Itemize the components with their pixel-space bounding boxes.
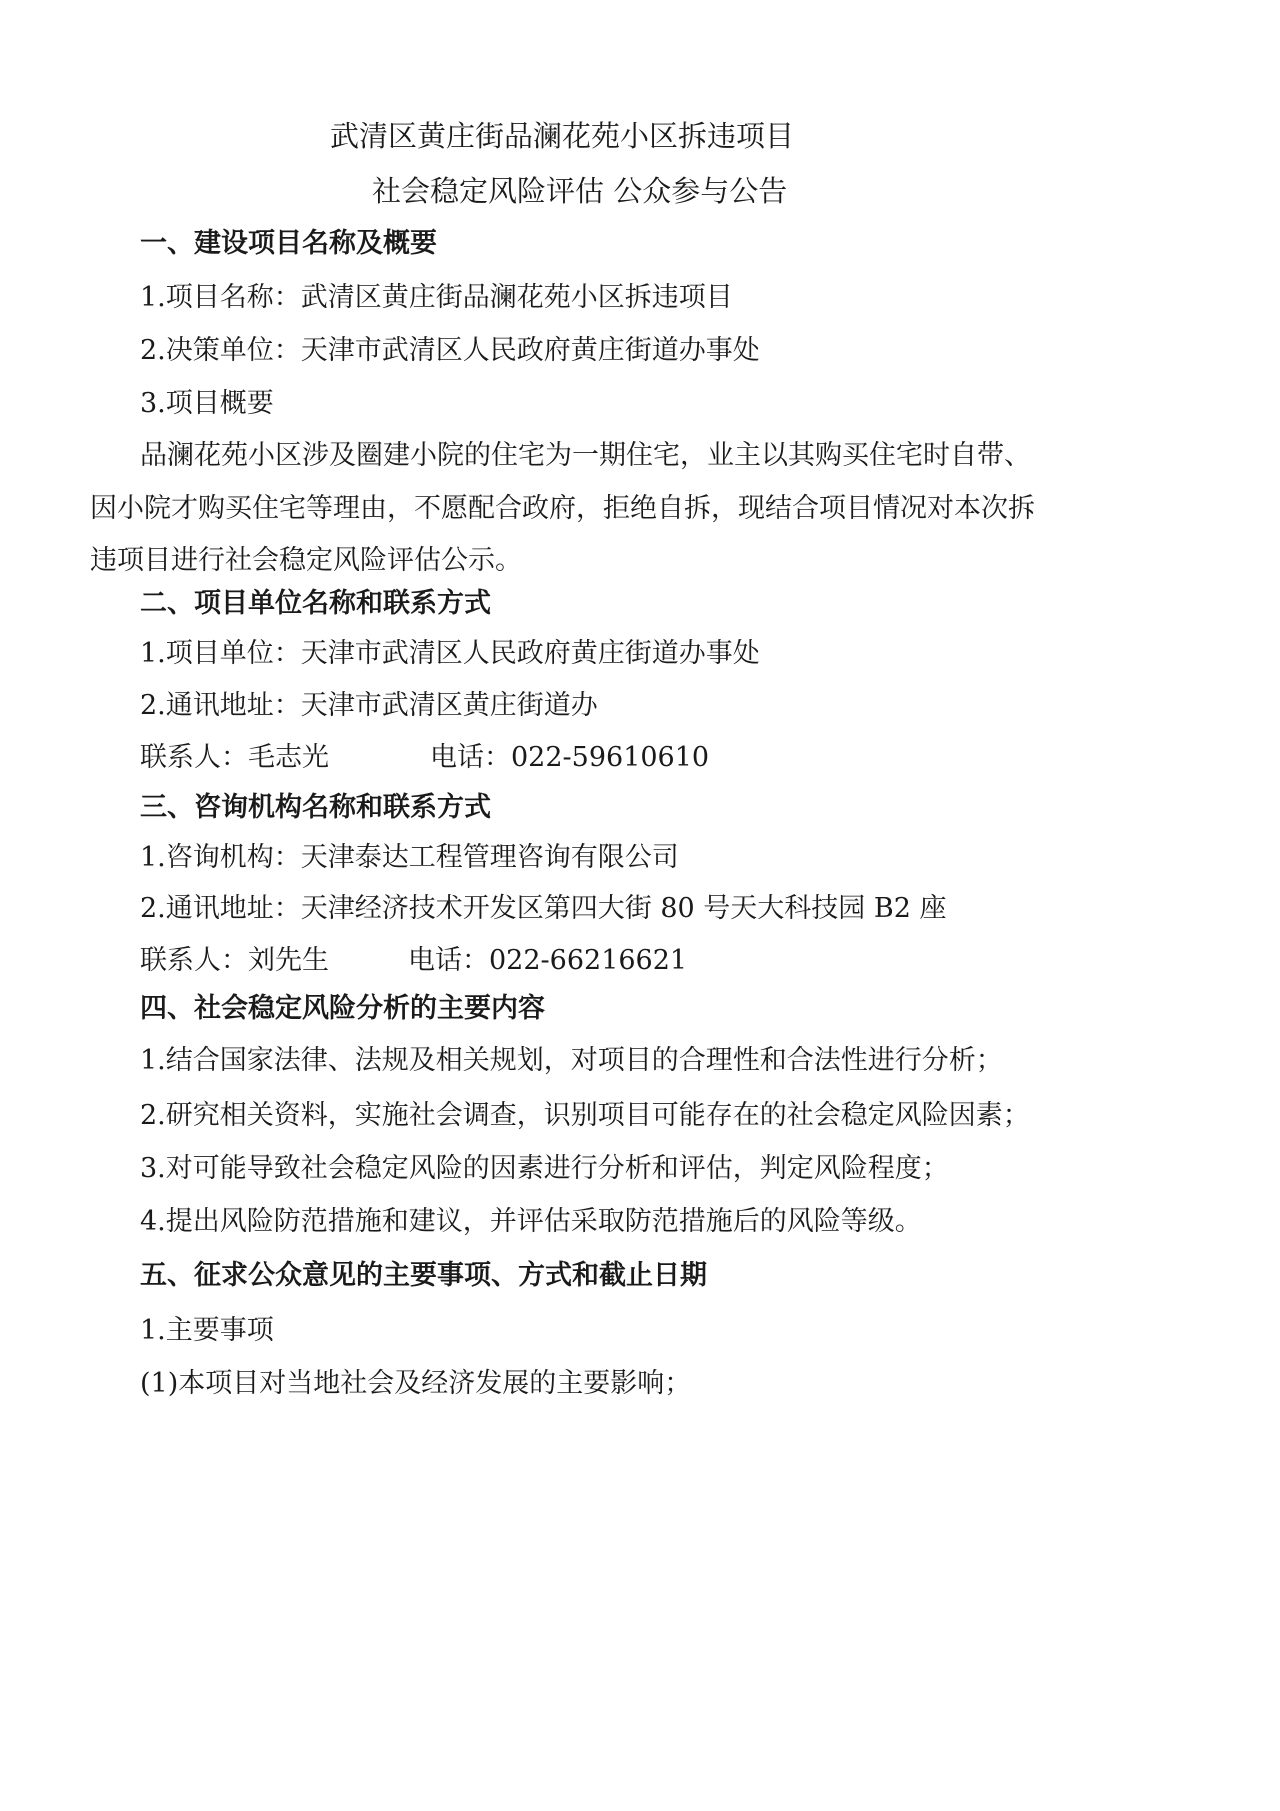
- main-matters-sub-1: (1)本项目对当地社会及经济发展的主要影响；: [140, 1368, 691, 1400]
- project-name: 1.项目名称：武清区黄庄街品澜花苑小区拆违项目: [140, 282, 733, 314]
- project-unit-address: 2.通讯地址：天津市武清区黄庄街道办: [140, 690, 598, 722]
- overview-paragraph-line1: 品澜花苑小区涉及圈建小院的住宅为一期住宅，业主以其购买住宅时自带、: [140, 440, 1031, 472]
- section-5-heading: 五、征求公众意见的主要事项、方式和截止日期: [140, 1260, 707, 1292]
- project-unit: 1.项目单位：天津市武清区人民政府黄庄街道办事处: [140, 638, 760, 670]
- consulting-agency-address: 2.通讯地址：天津经济技术开发区第四大街 80 号天大科技园 B2 座: [140, 893, 946, 925]
- analysis-item-1: 1.结合国家法律、法规及相关规划，对项目的合理性和合法性进行分析；: [140, 1045, 1003, 1077]
- project-overview-label: 3.项目概要: [140, 388, 274, 420]
- section-2-heading: 二、项目单位名称和联系方式: [140, 588, 491, 620]
- overview-paragraph-line2: 因小院才购买住宅等理由，不愿配合政府，拒绝自拆，现结合项目情况对本次拆: [90, 493, 1035, 525]
- document-title-line1: 武清区黄庄街品澜花苑小区拆违项目: [330, 120, 794, 152]
- consulting-agency: 1.咨询机构：天津泰达工程管理咨询有限公司: [140, 842, 679, 874]
- project-unit-phone: 电话：022-59610610: [430, 742, 709, 774]
- document-title-line2: 社会稳定风险评估 公众参与公告: [372, 175, 787, 207]
- analysis-item-3: 3.对可能导致社会稳定风险的因素进行分析和评估，判定风险程度；: [140, 1153, 949, 1185]
- analysis-item-4: 4.提出风险防范措施和建议，并评估采取防范措施后的风险等级。: [140, 1206, 922, 1238]
- consulting-agency-contact: 联系人：刘先生: [140, 945, 329, 977]
- consulting-agency-phone: 电话：022-66216621: [408, 945, 687, 977]
- analysis-item-2: 2.研究相关资料，实施社会调查，识别项目可能存在的社会稳定风险因素；: [140, 1100, 1030, 1132]
- main-matters-label: 1.主要事项: [140, 1315, 274, 1347]
- section-4-heading: 四、社会稳定风险分析的主要内容: [140, 993, 545, 1025]
- section-1-heading: 一、建设项目名称及概要: [140, 228, 437, 260]
- project-unit-contact: 联系人：毛志光: [140, 742, 329, 774]
- decision-unit: 2.决策单位：天津市武清区人民政府黄庄街道办事处: [140, 335, 760, 367]
- overview-paragraph-line3: 违项目进行社会稳定风险评估公示。: [90, 545, 522, 577]
- section-3-heading: 三、咨询机构名称和联系方式: [140, 792, 491, 824]
